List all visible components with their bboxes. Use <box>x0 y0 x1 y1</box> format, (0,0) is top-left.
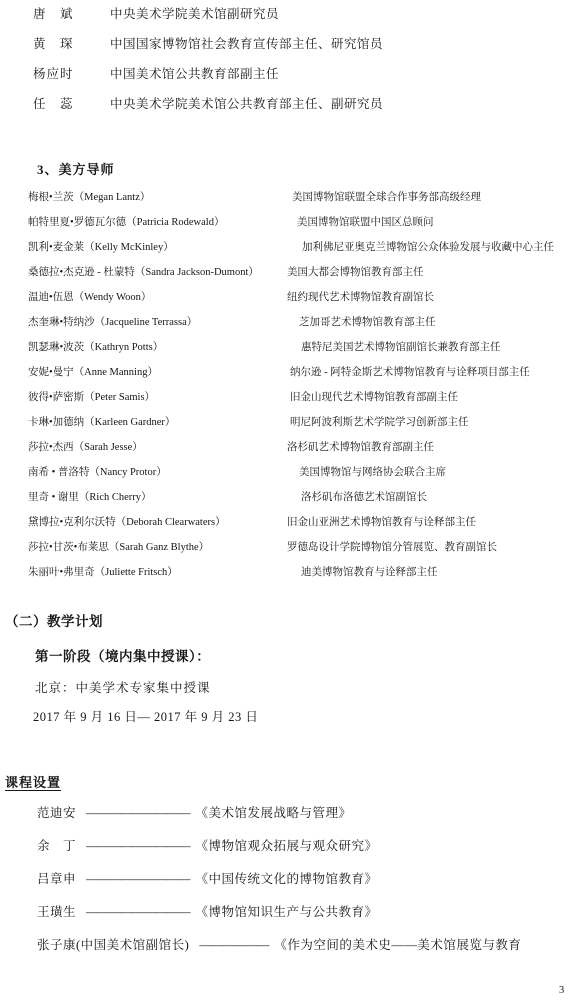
course-lecturer: 王璜生 <box>37 905 76 919</box>
course-title: 《博物馆观众拓展与观众研究》 <box>196 839 378 853</box>
leader-title: 中国国家博物馆社会教育宣传部主任、研究馆员 <box>110 37 383 52</box>
mentor-name: 莎拉•甘茨•布莱思（Sarah Ganz Blythe） <box>28 541 286 554</box>
location-line: 北京：中美学术专家集中授课 <box>35 678 211 696</box>
mentors-list: 梅根•兰茨（Megan Lantz） 美国博物馆联盟全球合作事务部高级经理 帕特… <box>28 191 585 591</box>
course-title: 《作为空间的美术史——美术馆展览与教育 <box>274 938 521 952</box>
course-title: 《博物馆知识生产与公共教育》 <box>196 905 378 919</box>
course-title: 《美术馆发展战略与管理》 <box>196 806 352 820</box>
mentor-row: 杰奎琳•特纳沙（Jacqueline Terrassa） 芝加哥艺术博物馆教育部… <box>28 316 585 341</box>
leaders-list: 唐 斌 中央美术学院美术馆副研究员 黄 琛 中国国家博物馆社会教育宣传部主任、研… <box>33 7 573 127</box>
course-lecturer: 范迪安 <box>37 806 76 820</box>
mentor-title: 美国博物馆与网络协会联合主席 <box>299 466 446 479</box>
mentor-title: 惠特尼美国艺术博物馆副馆长兼教育部主任 <box>301 341 501 354</box>
dash-leader: —————— <box>199 938 268 952</box>
mentor-row: 彼得•萨密斯（Peter Samis） 旧金山现代艺术博物馆教育部副主任 <box>28 391 585 416</box>
mentor-row: 卡琳•加德纳（Karleen Gardner） 明尼阿波利斯艺术学院学习创新部主… <box>28 416 585 441</box>
mentor-name: 杰奎琳•特纳沙（Jacqueline Terrassa） <box>28 316 286 329</box>
stage-one-heading: 第一阶段（境内集中授课）： <box>35 645 210 665</box>
page-number: 3 <box>559 985 564 996</box>
leader-name: 黄 琛 <box>33 37 110 52</box>
course-row: 吕章申—————————《中国传统文化的博物馆教育》 <box>37 872 585 905</box>
mentor-name: 桑德拉•杰克逊 - 杜蒙特（Sandra Jackson-Dumont） <box>28 266 286 279</box>
mentor-row: 朱丽叶•弗里奇（Juliette Fritsch） 迪美博物馆教育与诠释部主任 <box>28 566 585 591</box>
dash-leader: ————————— <box>86 839 190 853</box>
mentor-title: 洛杉矶艺术博物馆教育部副主任 <box>287 441 434 454</box>
mentor-row: 安妮•曼宁（Anne Manning） 纳尔逊 - 阿特金斯艺术博物馆教育与诠释… <box>28 366 585 391</box>
course-row: 范迪安—————————《美术馆发展战略与管理》 <box>37 806 585 839</box>
leader-title: 中国美术馆公共教育部副主任 <box>110 67 279 82</box>
mentor-title: 加利佛尼亚奥克兰博物馆公众体验发展与收藏中心主任 <box>302 241 554 254</box>
leader-row: 唐 斌 中央美术学院美术馆副研究员 <box>33 7 573 37</box>
course-title: 《中国传统文化的博物馆教育》 <box>196 872 378 886</box>
leader-name: 杨应时 <box>33 67 110 82</box>
mentors-section-heading: 3、美方导师 <box>37 159 115 178</box>
mentor-name: 凯利•麦金莱（Kelly McKinley） <box>28 241 286 254</box>
teaching-plan-heading: （二）教学计划 <box>5 610 103 630</box>
mentor-title: 旧金山现代艺术博物馆教育部副主任 <box>290 391 458 404</box>
mentor-row: 里奇 • 谢里（Rich Cherry） 洛杉矶布洛德艺术馆副馆长 <box>28 491 585 516</box>
course-lecturer: 余 丁 <box>37 839 76 853</box>
courses-list: 范迪安—————————《美术馆发展战略与管理》 余 丁—————————《博物… <box>37 806 585 971</box>
mentor-row: 南希 • 普洛特（Nancy Protor） 美国博物馆与网络协会联合主席 <box>28 466 585 491</box>
mentor-name: 黛博拉•克利尔沃特（Deborah Clearwaters） <box>28 516 286 529</box>
leader-title: 中央美术学院美术馆公共教育部主任、副研究员 <box>110 97 383 112</box>
mentor-name: 温迪•伍恩（Wendy Woon） <box>28 291 286 304</box>
mentor-row: 莎拉•杰西（Sarah Jesse） 洛杉矶艺术博物馆教育部副主任 <box>28 441 585 466</box>
leader-row: 杨应时 中国美术馆公共教育部副主任 <box>33 67 573 97</box>
mentor-title: 迪美博物馆教育与诠释部主任 <box>301 566 438 579</box>
mentor-row: 帕特里夏•罗德瓦尔德（Patricia Rodewald） 美国博物馆联盟中国区… <box>28 216 585 241</box>
leader-name: 唐 斌 <box>33 7 110 22</box>
mentor-title: 美国大都会博物馆教育部主任 <box>287 266 424 279</box>
mentor-name: 里奇 • 谢里（Rich Cherry） <box>28 491 286 504</box>
mentor-title: 美国博物馆联盟中国区总顾问 <box>297 216 434 229</box>
mentor-name: 南希 • 普洛特（Nancy Protor） <box>28 466 286 479</box>
date-range-line: 2017 年 9 月 16 日— 2017 年 9 月 23 日 <box>33 707 258 725</box>
courses-section-heading: 课程设置 <box>5 772 61 791</box>
course-row: 王璜生—————————《博物馆知识生产与公共教育》 <box>37 905 585 938</box>
mentor-name: 卡琳•加德纳（Karleen Gardner） <box>28 416 286 429</box>
mentor-title: 旧金山亚洲艺术博物馆教育与诠释部主任 <box>287 516 476 529</box>
mentor-name: 朱丽叶•弗里奇（Juliette Fritsch） <box>28 566 286 579</box>
mentor-title: 纽约现代艺术博物馆教育副馆长 <box>287 291 434 304</box>
mentor-title: 芝加哥艺术博物馆教育部主任 <box>299 316 436 329</box>
mentor-name: 梅根•兰茨（Megan Lantz） <box>28 191 286 204</box>
mentor-name: 帕特里夏•罗德瓦尔德（Patricia Rodewald） <box>28 216 286 229</box>
document-page: 唐 斌 中央美术学院美术馆副研究员 黄 琛 中国国家博物馆社会教育宣传部主任、研… <box>0 0 585 1006</box>
mentor-title: 美国博物馆联盟全球合作事务部高级经理 <box>292 191 481 204</box>
mentor-row: 温迪•伍恩（Wendy Woon） 纽约现代艺术博物馆教育副馆长 <box>28 291 585 316</box>
course-lecturer: 吕章申 <box>37 872 76 886</box>
leader-row: 黄 琛 中国国家博物馆社会教育宣传部主任、研究馆员 <box>33 37 573 67</box>
leader-name: 任 蕊 <box>33 97 110 112</box>
mentor-row: 桑德拉•杰克逊 - 杜蒙特（Sandra Jackson-Dumont） 美国大… <box>28 266 585 291</box>
course-row: 张子康(中国美术馆副馆长)——————《作为空间的美术史——美术馆展览与教育 <box>37 938 585 971</box>
leader-row: 任 蕊 中央美术学院美术馆公共教育部主任、副研究员 <box>33 97 573 127</box>
dash-leader: ————————— <box>86 905 190 919</box>
mentor-title: 洛杉矶布洛德艺术馆副馆长 <box>301 491 427 504</box>
mentor-name: 彼得•萨密斯（Peter Samis） <box>28 391 286 404</box>
leader-title: 中央美术学院美术馆副研究员 <box>110 7 279 22</box>
mentor-row: 莎拉•甘茨•布莱思（Sarah Ganz Blythe） 罗德岛设计学院博物馆分… <box>28 541 585 566</box>
mentor-row: 黛博拉•克利尔沃特（Deborah Clearwaters） 旧金山亚洲艺术博物… <box>28 516 585 541</box>
mentor-title: 纳尔逊 - 阿特金斯艺术博物馆教育与诠释项目部主任 <box>290 366 530 379</box>
mentor-name: 莎拉•杰西（Sarah Jesse） <box>28 441 286 454</box>
mentor-row: 凯利•麦金莱（Kelly McKinley） 加利佛尼亚奥克兰博物馆公众体验发展… <box>28 241 585 266</box>
course-lecturer: 张子康(中国美术馆副馆长) <box>37 938 189 952</box>
mentor-name: 凯瑟琳•波茨（Kathryn Potts） <box>28 341 286 354</box>
dash-leader: ————————— <box>86 872 190 886</box>
mentor-title: 明尼阿波利斯艺术学院学习创新部主任 <box>290 416 469 429</box>
course-row: 余 丁—————————《博物馆观众拓展与观众研究》 <box>37 839 585 872</box>
mentor-row: 凯瑟琳•波茨（Kathryn Potts） 惠特尼美国艺术博物馆副馆长兼教育部主… <box>28 341 585 366</box>
mentor-title: 罗德岛设计学院博物馆分管展览、教育副馆长 <box>287 541 497 554</box>
mentor-row: 梅根•兰茨（Megan Lantz） 美国博物馆联盟全球合作事务部高级经理 <box>28 191 585 216</box>
mentor-name: 安妮•曼宁（Anne Manning） <box>28 366 286 379</box>
dash-leader: ————————— <box>86 806 190 820</box>
